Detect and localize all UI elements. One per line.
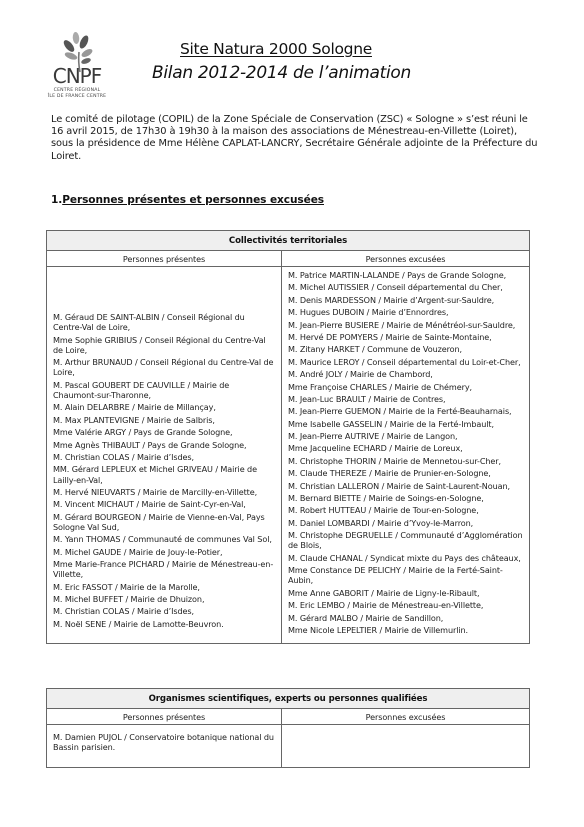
- attendee-entry: M. André JOLY / Mairie de Chambord,: [288, 369, 523, 379]
- attendee-entry: Mme Constance DE PELICHY / Mairie de la …: [288, 565, 523, 585]
- attendee-entry: M. Michel BUFFET / Mairie de Dhuizon,: [53, 594, 275, 604]
- attendee-entry: M. Christian LALLERON / Mairie de Saint-…: [288, 481, 523, 491]
- attendee-entry: M. Eric FASSOT / Mairie de la Marolle,: [53, 582, 275, 592]
- attendee-entry: M. Bernard BIETTE / Mairie de Soings-en-…: [288, 493, 523, 503]
- attendance-table-experts: Organismes scientifiques, experts ou per…: [46, 688, 530, 768]
- cnpf-logo: CNPF CENTRE RÉGIONAL ÎLE DE FRANCE CENTR…: [46, 32, 108, 104]
- attendee-entry: M. Claude THEREZE / Mairie de Prunier-en…: [288, 468, 523, 478]
- attendee-entry: M. Jean-Pierre GUEMON / Mairie de la Fer…: [288, 406, 523, 416]
- section-title-text: Personnes présentes et personnes excusée…: [62, 194, 324, 206]
- attendee-entry: M. Christophe DEGRUELLE / Communauté d’A…: [288, 530, 523, 550]
- attendee-entry: M. Yann THOMAS / Communauté de communes …: [53, 534, 275, 544]
- attendee-entry: M. Eric LEMBO / Mairie de Ménestreau-en-…: [288, 600, 523, 610]
- group-title: Collectivités territoriales: [47, 231, 530, 251]
- attendee-entry: Mme Jacqueline ECHARD / Mairie de Loreux…: [288, 443, 523, 453]
- attendee-entry: M. Max PLANTEVIGNE / Mairie de Salbris,: [53, 415, 275, 425]
- logo-subtitle-1: CENTRE RÉGIONAL: [46, 88, 108, 94]
- attendee-entry: M. Claude CHANAL / Syndicat mixte du Pay…: [288, 553, 523, 563]
- attendee-entry: M. Michel GAUDE / Mairie de Jouy-le-Poti…: [53, 547, 275, 557]
- section-heading: 1.Personnes présentes et personnes excus…: [51, 194, 324, 206]
- excused-list: M. Patrice MARTIN-LALANDE / Pays de Gran…: [282, 267, 530, 644]
- leaf-plant-icon: CNPF: [46, 32, 108, 84]
- attendee-entry: Mme Isabelle GASSELIN / Mairie de la Fer…: [288, 419, 523, 429]
- attendee-entry: M. Vincent MICHAUT / Mairie de Saint-Cyr…: [53, 499, 275, 509]
- attendee-entry: M. Christophe THORIN / Mairie de Menneto…: [288, 456, 523, 466]
- present-list: M. Damien PUJOL / Conservatoire botaniqu…: [47, 725, 282, 768]
- attendee-entry: Mme Sophie GRIBIUS / Conseil Régional du…: [53, 335, 275, 355]
- excused-list: [282, 725, 530, 768]
- report-title: Bilan 2012-2014 de l’animation: [152, 63, 411, 83]
- attendee-entry: M. Christian COLAS / Mairie d’Isdes,: [53, 452, 275, 462]
- attendee-entry: M. Jean-Pierre BUSIERE / Mairie de Ménét…: [288, 320, 523, 330]
- attendee-entry: M. Daniel LOMBARDI / Mairie d’Yvoy-le-Ma…: [288, 518, 523, 528]
- attendee-entry: Mme Anne GABORIT / Mairie de Ligny-le-Ri…: [288, 588, 523, 598]
- attendance-table-collectivites: Collectivités territoriales Personnes pr…: [46, 230, 530, 644]
- column-header-present: Personnes présentes: [47, 709, 282, 725]
- attendee-entry: M. Zitany HARKET / Commune de Vouzeron,: [288, 344, 523, 354]
- attendee-entry: Mme Françoise CHARLES / Mairie de Chémer…: [288, 382, 523, 392]
- attendee-entry: M. Alain DELARBRE / Mairie de Millançay,: [53, 402, 275, 412]
- logo-subtitle-2: ÎLE DE FRANCE CENTRE: [46, 94, 108, 100]
- attendee-entry: Mme Marie-France PICHARD / Mairie de Mén…: [53, 559, 275, 579]
- attendee-entry: Mme Valérie ARGY / Pays de Grande Sologn…: [53, 427, 275, 437]
- column-header-present: Personnes présentes: [47, 251, 282, 267]
- attendee-entry: M. Hervé NIEUVARTS / Mairie de Marcilly-…: [53, 487, 275, 497]
- attendee-entry: M. Jean-Luc BRAULT / Mairie de Contres,: [288, 394, 523, 404]
- attendee-entry: M. Gérard MALBO / Mairie de Sandillon,: [288, 613, 523, 623]
- attendee-entry: MM. Gérard LEPLEUX et Michel GRIVEAU / M…: [53, 464, 275, 484]
- column-header-excused: Personnes excusées: [282, 709, 530, 725]
- attendee-entry: M. Arthur BRUNAUD / Conseil Régional du …: [53, 357, 275, 377]
- attendee-entry: M. Jean-Pierre AUTRIVE / Mairie de Lango…: [288, 431, 523, 441]
- attendee-entry: M. Maurice LEROY / Conseil départemental…: [288, 357, 523, 367]
- attendee-entry: M. Robert HUTTEAU / Mairie de Tour-en-So…: [288, 505, 523, 515]
- present-list: M. Géraud DE SAINT-ALBIN / Conseil Régio…: [47, 267, 282, 644]
- attendee-entry: M. Denis MARDESSON / Mairie d’Argent-sur…: [288, 295, 523, 305]
- svg-text:CNPF: CNPF: [53, 64, 102, 84]
- attendee-entry: M. Damien PUJOL / Conservatoire botaniqu…: [53, 732, 275, 752]
- group-title: Organismes scientifiques, experts ou per…: [47, 689, 530, 709]
- column-header-excused: Personnes excusées: [282, 251, 530, 267]
- attendee-entry: M. Hugues DUBOIN / Mairie d’Ennordres,: [288, 307, 523, 317]
- attendee-entry: M. Géraud DE SAINT-ALBIN / Conseil Régio…: [53, 312, 275, 332]
- attendee-entry: M. Pascal GOUBERT DE CAUVILLE / Mairie d…: [53, 380, 275, 400]
- attendee-entry: M. Hervé DE POMYERS / Mairie de Sainte-M…: [288, 332, 523, 342]
- attendee-entry: M. Gérard BOURGEON / Mairie de Vienne-en…: [53, 512, 275, 532]
- section-number: 1.: [51, 194, 62, 206]
- attendee-entry: Mme Nicole LEPELTIER / Mairie de Villemu…: [288, 625, 523, 635]
- attendee-entry: Mme Agnès THIBAULT / Pays de Grande Solo…: [53, 440, 275, 450]
- attendee-entry: M. Christian COLAS / Mairie d’Isdes,: [53, 606, 275, 616]
- attendee-entry: M. Noël SENE / Mairie de Lamotte-Beuvron…: [53, 619, 275, 629]
- attendee-entry: M. Patrice MARTIN-LALANDE / Pays de Gran…: [288, 270, 523, 280]
- site-title: Site Natura 2000 Sologne: [180, 40, 372, 58]
- attendee-entry: M. Michel AUTISSIER / Conseil départemen…: [288, 282, 523, 292]
- intro-paragraph: Le comité de pilotage (COPIL) de la Zone…: [51, 114, 541, 163]
